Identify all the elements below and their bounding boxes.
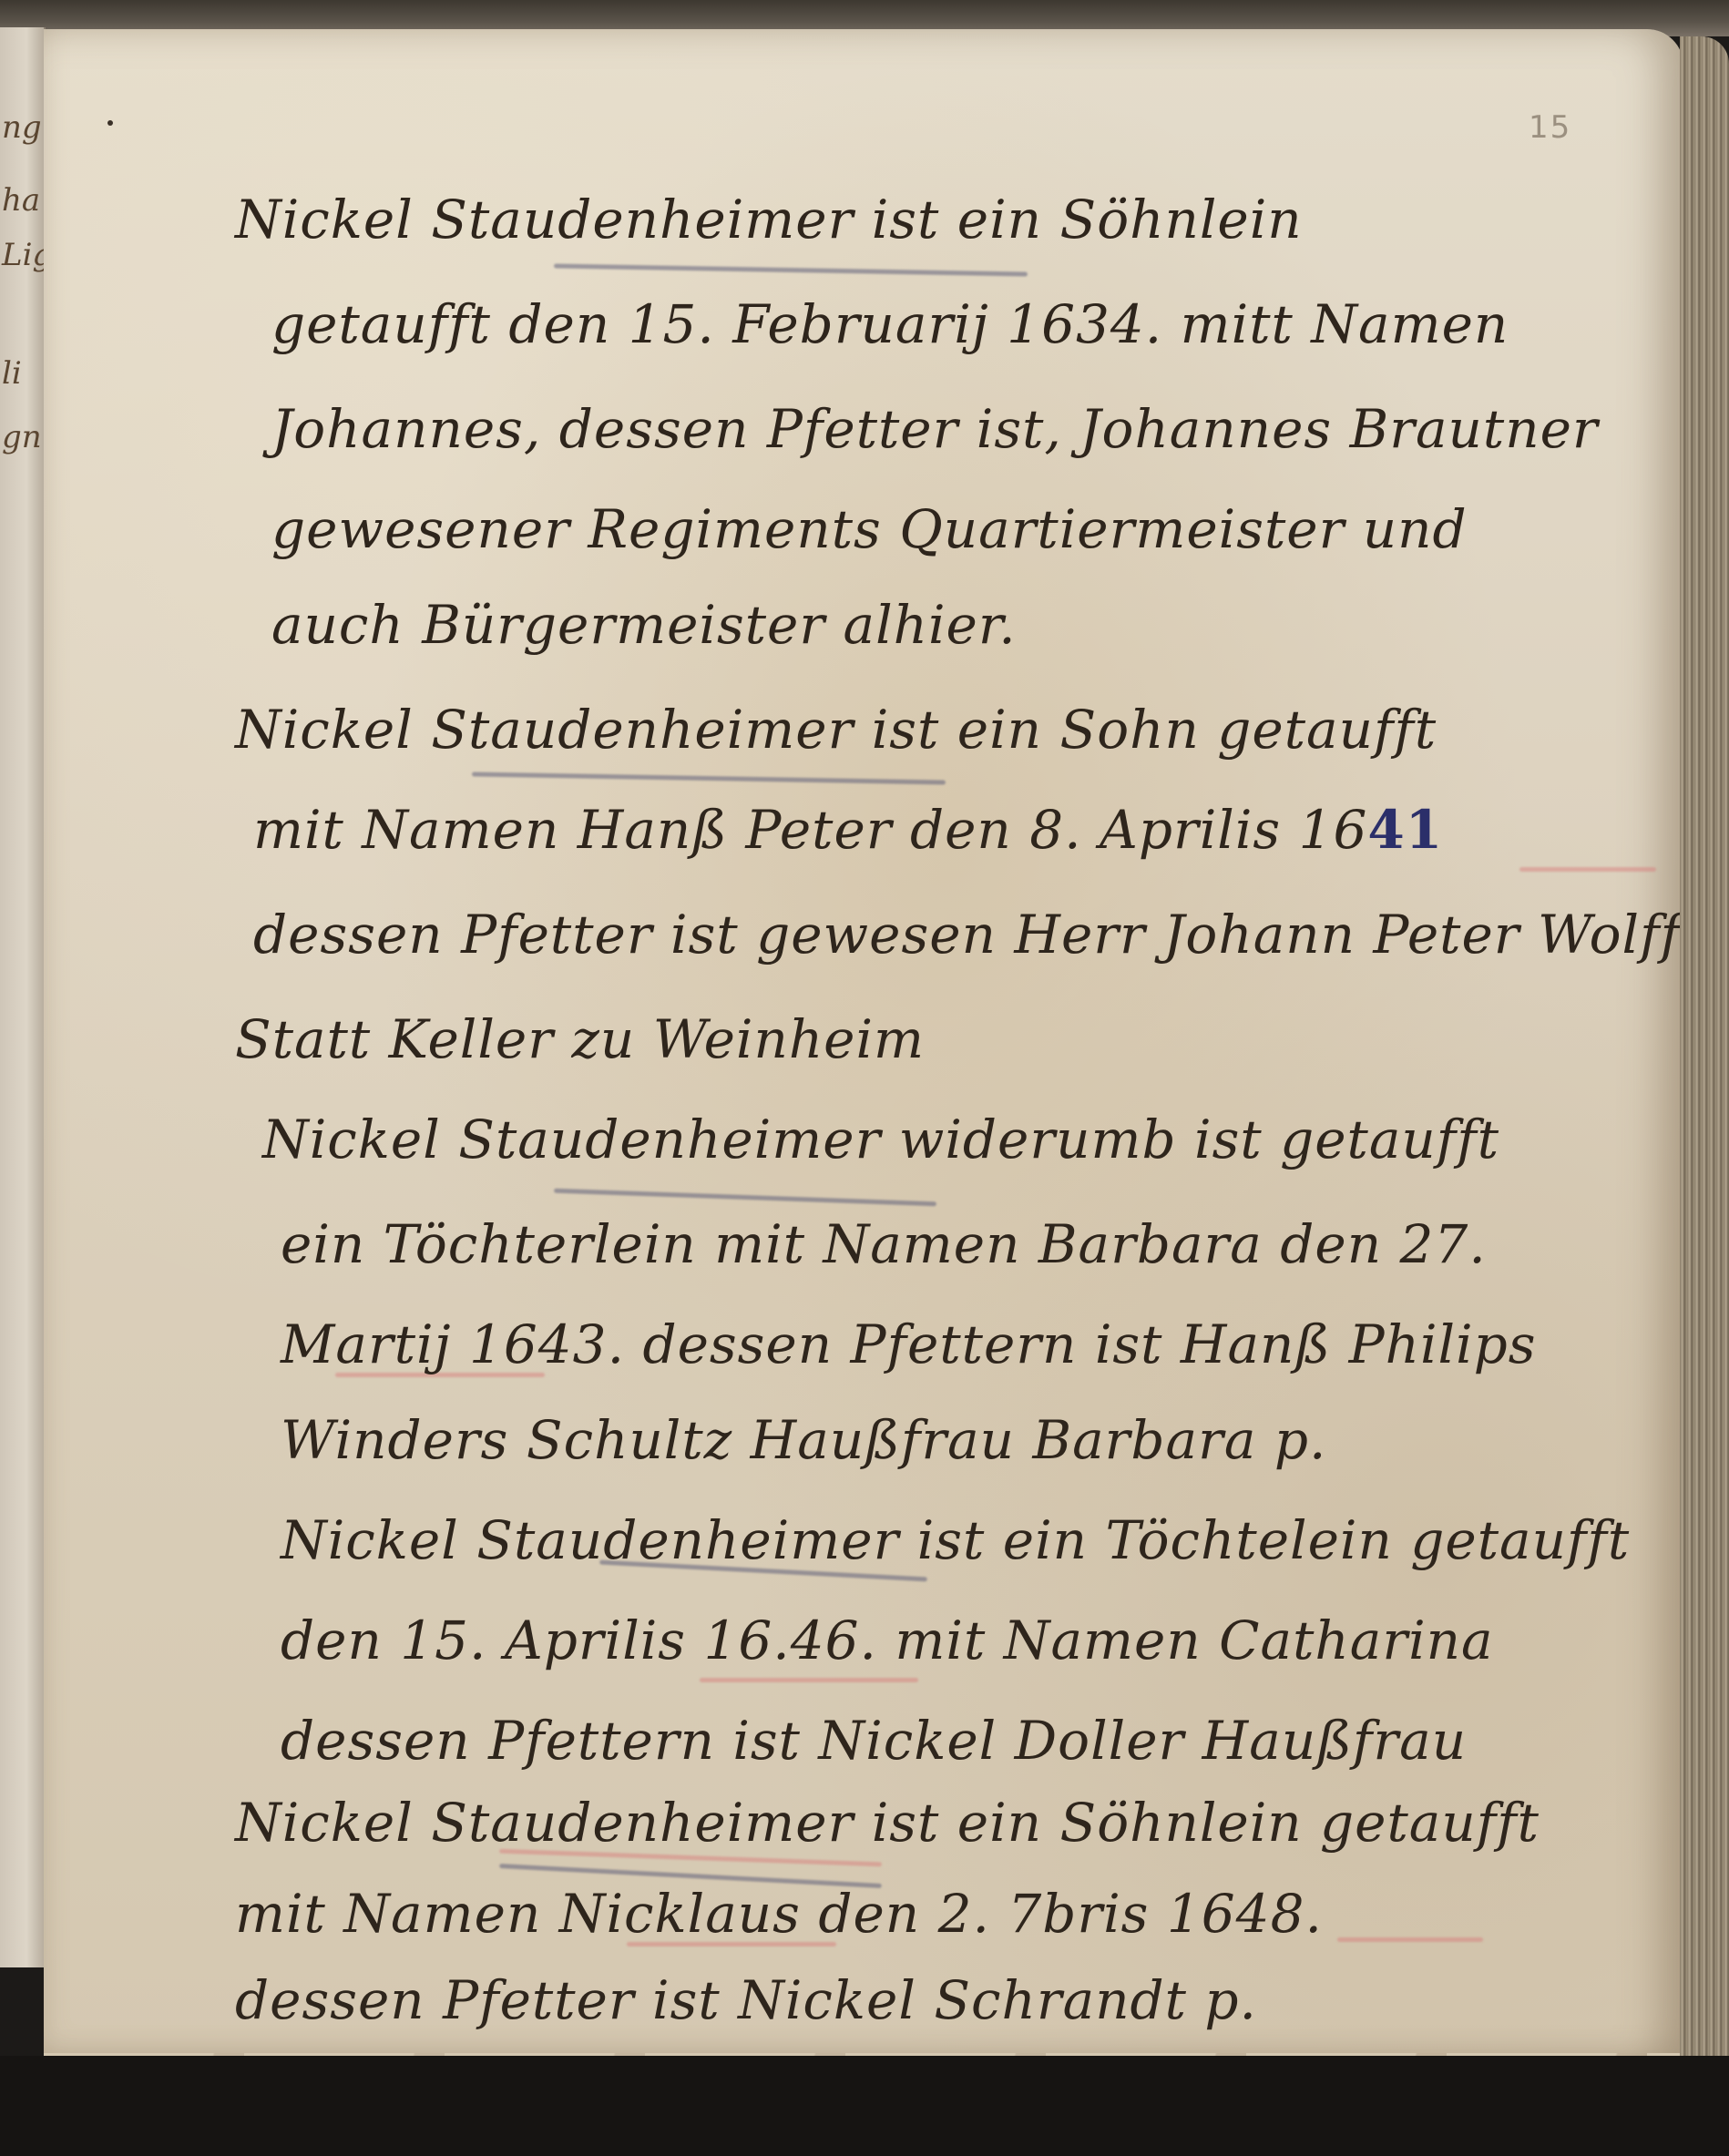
entry-line: auch Bürgermeister alhier. — [271, 594, 1017, 656]
entry-line: mit Namen Hanß Peter den 8. Aprilis 1641 — [253, 799, 1443, 861]
prev-page-fragment: ng — [2, 109, 42, 146]
manuscript-page: 15 Nickel Staudenheimer ist ein Söhnlein… — [44, 29, 1683, 2069]
entry-line: Nickel Staudenheimer ist ein Söhnlein — [235, 189, 1303, 250]
entry-line: dessen Pfetter ist Nickel Schrandt p. — [235, 1969, 1257, 2031]
entry-line: dessen Pfettern ist Nickel Doller Haußfr… — [281, 1710, 1467, 1772]
entry-line: Nickel Staudenheimer ist ein Söhnlein ge… — [235, 1792, 1540, 1854]
ink-spot — [107, 120, 113, 126]
entry-line: Nickel Staudenheimer widerumb ist getauf… — [262, 1109, 1499, 1170]
entry-line: Statt Keller zu Weinheim — [235, 1008, 925, 1070]
previous-page-sliver: ng ha Lig li gn — [0, 27, 46, 1967]
folio-number: 15 — [1529, 109, 1571, 146]
entry-line: Martij 1643. dessen Pfettern ist Hanß Ph… — [281, 1313, 1537, 1375]
prev-page-fragment: ha — [2, 182, 40, 219]
entry-line: den 15. Aprilis 16.46. mit Namen Cathari… — [281, 1609, 1494, 1671]
pencil-underline — [1519, 867, 1656, 872]
background-surface — [0, 2056, 1729, 2156]
entry-line: gewesener Regiments Quartiermeister und — [271, 498, 1468, 560]
pencil-underline — [1337, 1937, 1483, 1942]
entry-line-text: mit Namen Hanß Peter den 8. Aprilis 16 — [253, 799, 1367, 861]
pencil-underline — [700, 1678, 918, 1682]
page-block-edge — [1680, 36, 1729, 2077]
pencil-underline — [472, 771, 946, 784]
blue-ink-year-correction: 41 — [1367, 799, 1443, 861]
prev-page-fragment: gn — [2, 419, 42, 455]
entry-line: dessen Pfetter ist gewesen Herr Johann P… — [253, 904, 1681, 966]
entry-line: ein Töchterlein mit Namen Barbara den 27… — [281, 1213, 1487, 1275]
entry-line: Nickel Staudenheimer ist ein Sohn getauf… — [235, 699, 1437, 761]
pencil-underline — [554, 1189, 936, 1207]
pencil-underline — [554, 263, 1028, 276]
entry-line: Johannes, dessen Pfetter ist, Johannes B… — [271, 398, 1599, 460]
entry-line: mit Namen Nicklaus den 2. 7bris 1648. — [235, 1883, 1323, 1945]
prev-page-fragment: Lig — [2, 237, 46, 273]
entry-line: Winders Schultz Haußfrau Barbara p. — [281, 1409, 1326, 1471]
prev-page-fragment: li — [2, 355, 22, 392]
entry-line: getaufft den 15. Februarij 1634. mitt Na… — [271, 293, 1509, 355]
entry-line: Nickel Staudenheimer ist ein Töchtelein … — [281, 1509, 1630, 1571]
